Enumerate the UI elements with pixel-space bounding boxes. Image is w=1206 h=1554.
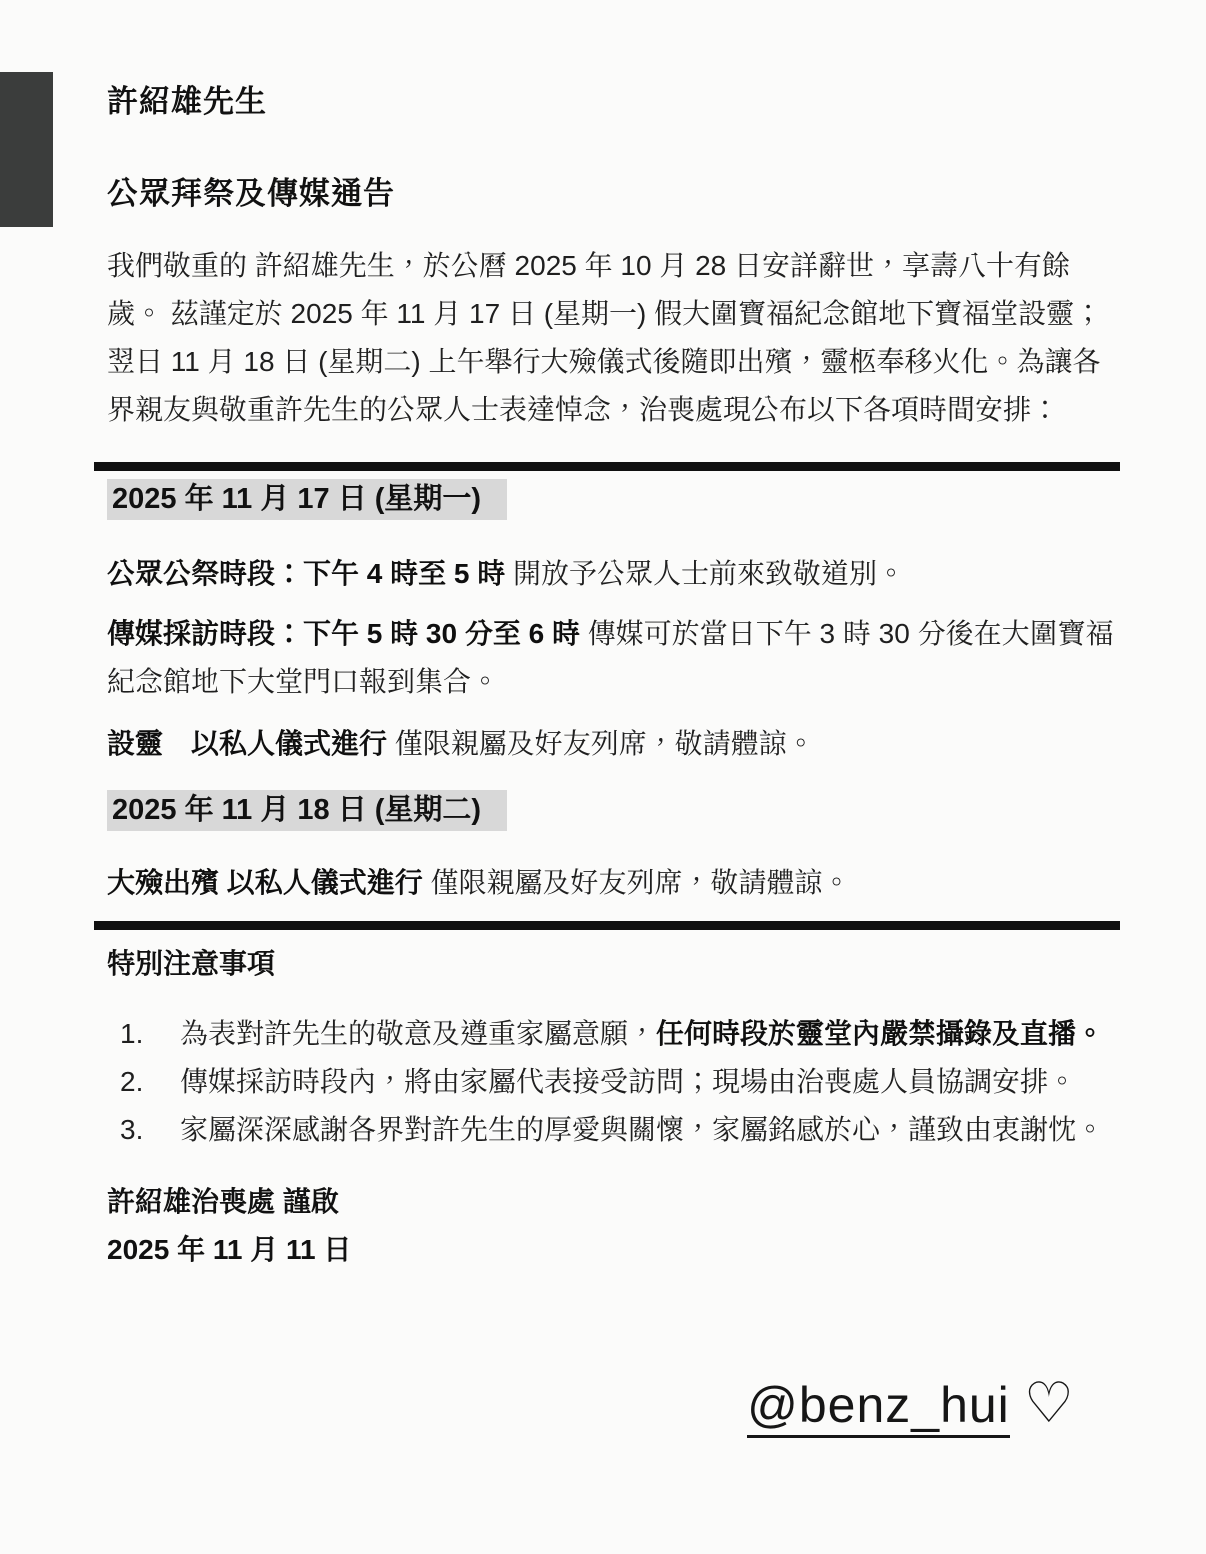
media-session-line: 傳媒採訪時段：下午 5 時 30 分至 6 時 傳媒可於當日下午 3 時 30 … bbox=[107, 610, 1120, 706]
page-subtitle: 公眾拜祭及傳媒通告 bbox=[107, 176, 1120, 212]
day2-heading-row: 2025 年 11 月 18 日 (星期二) bbox=[107, 790, 1120, 831]
note-item-3: 3.家屬深深感謝各界對許先生的厚愛與關懷，家屬銘感於心，謹致由衷謝忱。 bbox=[107, 1106, 1120, 1154]
watermark: @benz_hui♡ bbox=[107, 1370, 1120, 1436]
vigil-detail: 僅限親屬及好友列席，敬請體諒。 bbox=[387, 728, 815, 759]
signature-date: 2025 年 11 月 11 日 bbox=[107, 1234, 351, 1265]
funeral-line: 大殮出殯 以私人儀式進行 僅限親屬及好友列席，敬請體諒。 bbox=[107, 859, 1120, 907]
notice-document: 許紹雄先生 公眾拜祭及傳媒通告 我們敬重的 許紹雄先生，於公曆 2025 年 1… bbox=[107, 84, 1120, 1436]
note-text: 為表對許先生的敬意及遵重家屬意願， bbox=[180, 1018, 656, 1049]
public-session-line: 公眾公祭時段：下午 4 時至 5 時 開放予公眾人士前來致敬道別。 bbox=[107, 550, 1120, 598]
notes-heading: 特別注意事項 bbox=[107, 944, 1120, 984]
note-number: 1. bbox=[120, 1010, 143, 1058]
note-text: 傳媒採訪時段內，將由家屬代表接受訪問；現場由治喪處人員協調安排。 bbox=[180, 1066, 1076, 1097]
intro-paragraph: 我們敬重的 許紹雄先生，於公曆 2025 年 10 月 28 日安詳辭世，享壽八… bbox=[107, 242, 1120, 434]
watermark-handle: @benz_hui bbox=[747, 1377, 1010, 1438]
vigil-line: 設靈 以私人儀式進行 僅限親屬及好友列席，敬請體諒。 bbox=[107, 720, 1120, 768]
note-item-1: 1.為表對許先生的敬意及遵重家屬意願，任何時段於靈堂內嚴禁攝錄及直播。 bbox=[107, 1010, 1120, 1058]
heart-icon: ♡ bbox=[1024, 1371, 1074, 1434]
note-number: 3. bbox=[120, 1106, 143, 1154]
section-divider-top bbox=[94, 462, 1120, 471]
page-title: 許紹雄先生 bbox=[107, 84, 1120, 120]
note-text: 家屬深深感謝各界對許先生的厚愛與關懷，家屬銘感於心，謹致由衷謝忱。 bbox=[180, 1114, 1104, 1145]
signature-block: 許紹雄治喪處 謹啟2025 年 11 月 11 日 bbox=[107, 1178, 1120, 1274]
note-text-emphasis: 任何時段於靈堂內嚴禁攝錄及直播。 bbox=[656, 1018, 1104, 1049]
public-session-detail: 開放予公眾人士前來致敬道別。 bbox=[505, 558, 905, 589]
note-number: 2. bbox=[120, 1058, 143, 1106]
vigil-lead: 設靈 以私人儀式進行 bbox=[107, 728, 387, 759]
corner-accent-block bbox=[0, 72, 53, 227]
media-session-lead: 傳媒採訪時段：下午 5 時 30 分至 6 時 bbox=[107, 618, 580, 649]
day1-date-heading: 2025 年 11 月 17 日 (星期一) bbox=[107, 479, 507, 520]
signature-issuer: 許紹雄治喪處 謹啟 bbox=[107, 1186, 339, 1217]
day2-date-heading: 2025 年 11 月 18 日 (星期二) bbox=[107, 790, 507, 831]
notes-list: 1.為表對許先生的敬意及遵重家屬意願，任何時段於靈堂內嚴禁攝錄及直播。 2.傳媒… bbox=[107, 1010, 1120, 1154]
public-session-lead: 公眾公祭時段：下午 4 時至 5 時 bbox=[107, 558, 505, 589]
funeral-detail: 僅限親屬及好友列席，敬請體諒。 bbox=[423, 867, 851, 898]
funeral-lead: 大殮出殯 以私人儀式進行 bbox=[107, 867, 423, 898]
section-divider-bottom bbox=[94, 921, 1120, 930]
day1-heading-row: 2025 年 11 月 17 日 (星期一) bbox=[107, 479, 1120, 520]
note-item-2: 2.傳媒採訪時段內，將由家屬代表接受訪問；現場由治喪處人員協調安排。 bbox=[107, 1058, 1120, 1106]
